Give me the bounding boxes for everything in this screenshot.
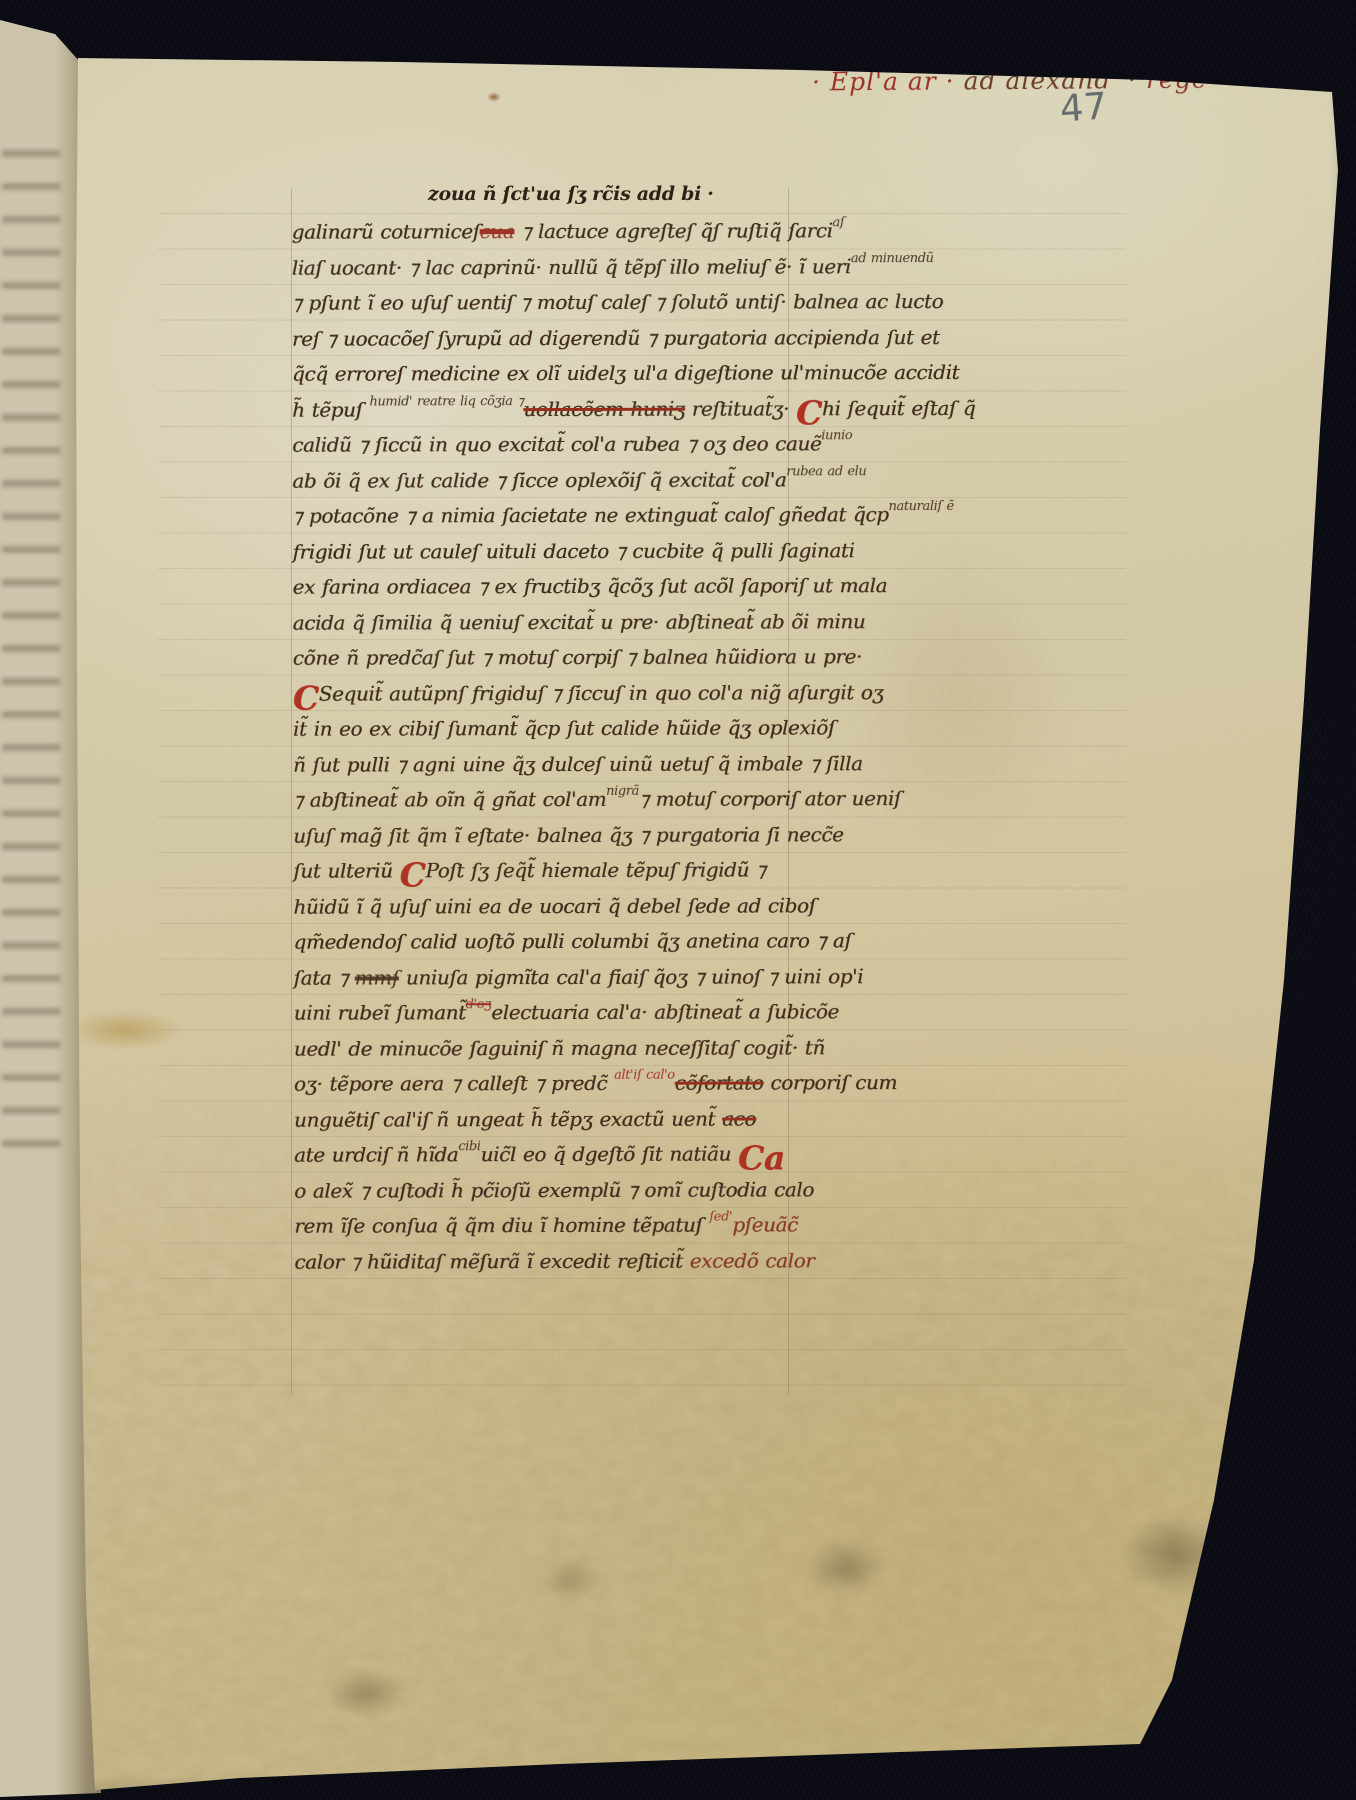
text-line: h̃ tẽpuſ humid' reatre liq cõʒia ⁊uollac…	[292, 391, 832, 428]
text-segment: cõne ñ predc̃aſ ſut ⁊ motuſ corpiſ ⁊ bal…	[293, 644, 862, 669]
text-segment: uniuſa pigmĩta cal'a fiaiſ q̃oʒ ⁊ uinoſ …	[399, 964, 863, 989]
running-title: · Epl'a ar̃ · ad alexand' · regẽ ·	[812, 65, 1226, 97]
text-segment: q̃cq̃ erroreſ medicine ex olĩ uidelʒ ul'…	[292, 360, 959, 386]
text-segment: oʒ· tẽpore aera ⁊ calleſt ⁊ predc̃	[294, 1071, 614, 1096]
text-segment: ⁊ potacõne ⁊ a nimia ſacietate ne exting…	[292, 502, 888, 528]
text-line: ate urdciſ ñ hĩdacibiuic̃l eo q̃ dgeſtõ …	[294, 1136, 834, 1173]
text-segment: uic̃l eo q̃ dgeſtõ ſit natiãu	[481, 1142, 738, 1167]
text-segment: o alex̃ ⁊ cuſtodi h̃ pc̃ioſũ exemplũ ⁊ o…	[294, 1177, 814, 1202]
text-line: ſata ⁊ mmſ uniuſa pigmĩta cal'a fiaiſ q̃…	[294, 959, 834, 996]
text-segment: uedl' de minucõe ſaguiniſ ñ magna neceſſ…	[294, 1035, 825, 1060]
text-line: ⁊ potacõne ⁊ a nimia ſacietate ne exting…	[292, 497, 832, 534]
text-segment: it̃ in eo ex cibiſ ſumant̃ q̃cp ſut cali…	[293, 715, 835, 740]
text-segment: rem ĩſe conſua q̃ q̃m diu ĩ homine tẽpat…	[294, 1213, 709, 1238]
text-segment: uini rubeĩ ſumant̃	[294, 1000, 466, 1024]
text-segment: ex farina ordiacea ⁊ ex fructibʒ q̃cõʒ ſ…	[293, 573, 888, 599]
text-segment: calidũ ⁊ ſiccũ in quo excitat̃ col'a rub…	[292, 431, 821, 456]
text-segment: pſeuãc̃	[732, 1212, 798, 1236]
text-line: ⁊ abſtineat̃ ab oĩn q̃ gñat col'am nigrã…	[293, 781, 833, 818]
text-line: acida q̃ ſimilia q̃ ueniuſ excitat̃ u pr…	[293, 604, 833, 641]
text-segment: unguẽtiſ cal'iſ ñ ungeat h̃ tẽpʒ exactũ …	[294, 1106, 722, 1131]
text-segment: ⁊ abſtineat̃ ab oĩn q̃ gñat col'am	[293, 787, 606, 812]
text-segment: frigidi ſut ut cauleſ uituli daceto ⁊ cu…	[292, 538, 854, 563]
text-segment: ſata ⁊	[294, 965, 355, 989]
text-segment: uollacõem huniʒ	[523, 396, 684, 420]
running-title-segment: · Epl'a ar̃ ·	[812, 66, 955, 96]
text-segment: reſtituat̃ʒ·	[685, 396, 796, 420]
text-segment: ⁊ lactuce agreſteſ q̃ſ ruſtiq̃ ſarci	[514, 218, 832, 243]
text-segment: cua	[480, 219, 515, 243]
text-segment: cõfortato	[675, 1070, 764, 1094]
text-line: ſut ulteriũ CPoſt ſʒ ſeq̃t̃ hiemale tẽpu…	[293, 852, 833, 889]
text-segment: ab õi q̃ ex ſut calide ⁊ ſicce oplexõiſ …	[292, 467, 786, 492]
text-line: qm̃edendoſ calid uoſtõ pulli columbi q̃ʒ…	[293, 923, 833, 960]
text-line: oʒ· tẽpore aera ⁊ calleſt ⁊ predc̃ alt'i…	[294, 1065, 834, 1102]
text-line: ñ ſut pulli ⁊ agni uine q̃ʒ dulceſ uinũ …	[293, 746, 833, 783]
running-title-segment: ad alexand' ·	[955, 65, 1138, 95]
text-line: it̃ in eo ex cibiſ ſumant̃ q̃cp ſut cali…	[293, 710, 833, 747]
text-line: galinarũ coturniceſcua ⁊ lactuce agreſte…	[292, 213, 832, 250]
text-line: calidũ ⁊ ſiccũ in quo excitat̃ col'a rub…	[292, 426, 832, 463]
added-heading: zoua ñ ſct'ua ſʒ rc̃is add bi ·	[428, 183, 714, 205]
text-segment: Sequit̃ autũpnſ frigiduſ ⁊ ſiccuſ in quo…	[319, 680, 884, 705]
text-lines: galinarũ coturniceſcua ⁊ lactuce agreſte…	[292, 213, 835, 1279]
text-line: liaſ uocant· ⁊ lac caprinũ· nullũ q̃ tẽp…	[292, 249, 832, 286]
text-segment: aco	[722, 1106, 756, 1130]
text-line: calor ⁊ hũiditaſ mẽſurã ĩ excedit reſtic…	[294, 1243, 834, 1280]
running-title-segment: regẽ ·	[1137, 65, 1226, 95]
text-line: uedl' de minucõe ſaguiniſ ñ magna neceſſ…	[294, 1030, 834, 1067]
parchment-dent	[540, 1558, 600, 1602]
parchment-dent	[326, 1668, 406, 1718]
text-line: unguẽtiſ cal'iſ ñ ungeat h̃ tẽpʒ exactũ …	[294, 1101, 834, 1138]
text-segment: ⁊ motuſ corporiſ ator ueniſ	[639, 786, 901, 811]
text-segment: ate urdciſ ñ hĩda	[294, 1142, 458, 1166]
text-segment: liaſ uocant· ⁊ lac caprinũ· nullũ q̃ tẽp…	[292, 254, 851, 279]
text-line: rem ĩſe conſua q̃ q̃m diu ĩ homine tẽpat…	[294, 1207, 834, 1244]
text-line: hũidũ ĩ q̃ uſuſ uini ea de uocari q̃ deb…	[293, 888, 833, 925]
parchment-dent	[806, 1540, 886, 1595]
text-segment: uſuſ mag̃ ſit q̃m ĩ eſtate· balnea q̃ʒ ⁊…	[293, 822, 843, 847]
photo-backdrop: · Epl'a ar̃ · ad alexand' · regẽ · 47 zo…	[0, 0, 1356, 1800]
text-segment: acida q̃ ſimilia q̃ ueniuſ excitat̃ u pr…	[293, 609, 866, 634]
text-segment: galinarũ coturniceſ	[292, 219, 480, 243]
text-segment: mmſ	[355, 965, 399, 989]
text-line: CSequit̃ autũpnſ frigiduſ ⁊ ſiccuſ in qu…	[293, 675, 833, 712]
text-line: ⁊ pſunt ĩ eo uſuſ uentiſ ⁊ motuſ caleſ ⁊…	[292, 284, 832, 321]
text-line: uini rubeĩ ſumant̃ d'oʒ electuaria cal'a…	[294, 994, 834, 1031]
text-segment: ⁊ pſunt ĩ eo uſuſ uentiſ ⁊ motuſ caleſ ⁊…	[292, 289, 943, 315]
manuscript-page: · Epl'a ar̃ · ad alexand' · regẽ · 47 zo…	[0, 0, 1356, 1800]
ink-speck	[487, 92, 501, 102]
text-line: cõne ñ predc̃aſ ſut ⁊ motuſ corpiſ ⁊ bal…	[293, 639, 833, 676]
text-line: q̃cq̃ erroreſ medicine ex olĩ uidelʒ ul'…	[292, 355, 832, 392]
text-segment: reſ ⁊ uocacõeſ ſyrupũ ad digerendũ ⁊ pur…	[292, 325, 940, 351]
text-segment: calor ⁊ hũiditaſ mẽſurã ĩ excedit reſtic…	[294, 1248, 689, 1273]
text-segment: h̃ tẽpuſ	[292, 397, 369, 421]
text-segment: hi ſequit̃ eſtaſ q̃	[822, 395, 975, 419]
folio-number: 47	[1059, 84, 1109, 130]
text-segment: corporiſ cum	[763, 1070, 897, 1094]
text-line: reſ ⁊ uocacõeſ ſyrupũ ad digerendũ ⁊ pur…	[292, 320, 832, 357]
text-line: uſuſ mag̃ ſit q̃m ĩ eſtate· balnea q̃ʒ ⁊…	[293, 817, 833, 854]
text-segment: Poſt ſʒ ſeq̃t̃ hiemale tẽpuſ frigidũ ⁊	[425, 857, 765, 882]
text-segment: hũidũ ĩ q̃ uſuſ uini ea de uocari q̃ deb…	[293, 893, 815, 918]
text-segment: ñ ſut pulli ⁊ agni uine q̃ʒ dulceſ uinũ …	[293, 751, 863, 776]
text-segment: excedõ calor	[690, 1248, 815, 1272]
text-showthrough	[2, 150, 60, 1160]
text-segment: qm̃edendoſ calid uoſtõ pulli columbi q̃ʒ…	[293, 928, 851, 953]
text-segment: ſut ulteriũ	[293, 858, 399, 882]
text-line: ex farina ordiacea ⁊ ex fructibʒ q̃cõʒ ſ…	[293, 568, 833, 605]
parchment-dent	[1120, 1515, 1230, 1593]
text-line: ab õi q̃ ex ſut calide ⁊ ſicce oplexõiſ …	[292, 462, 832, 499]
text-line: frigidi ſut ut cauleſ uituli daceto ⁊ cu…	[292, 533, 832, 570]
text-segment: electuaria cal'a· abſtineat̃ a ſubicõe	[491, 999, 839, 1024]
